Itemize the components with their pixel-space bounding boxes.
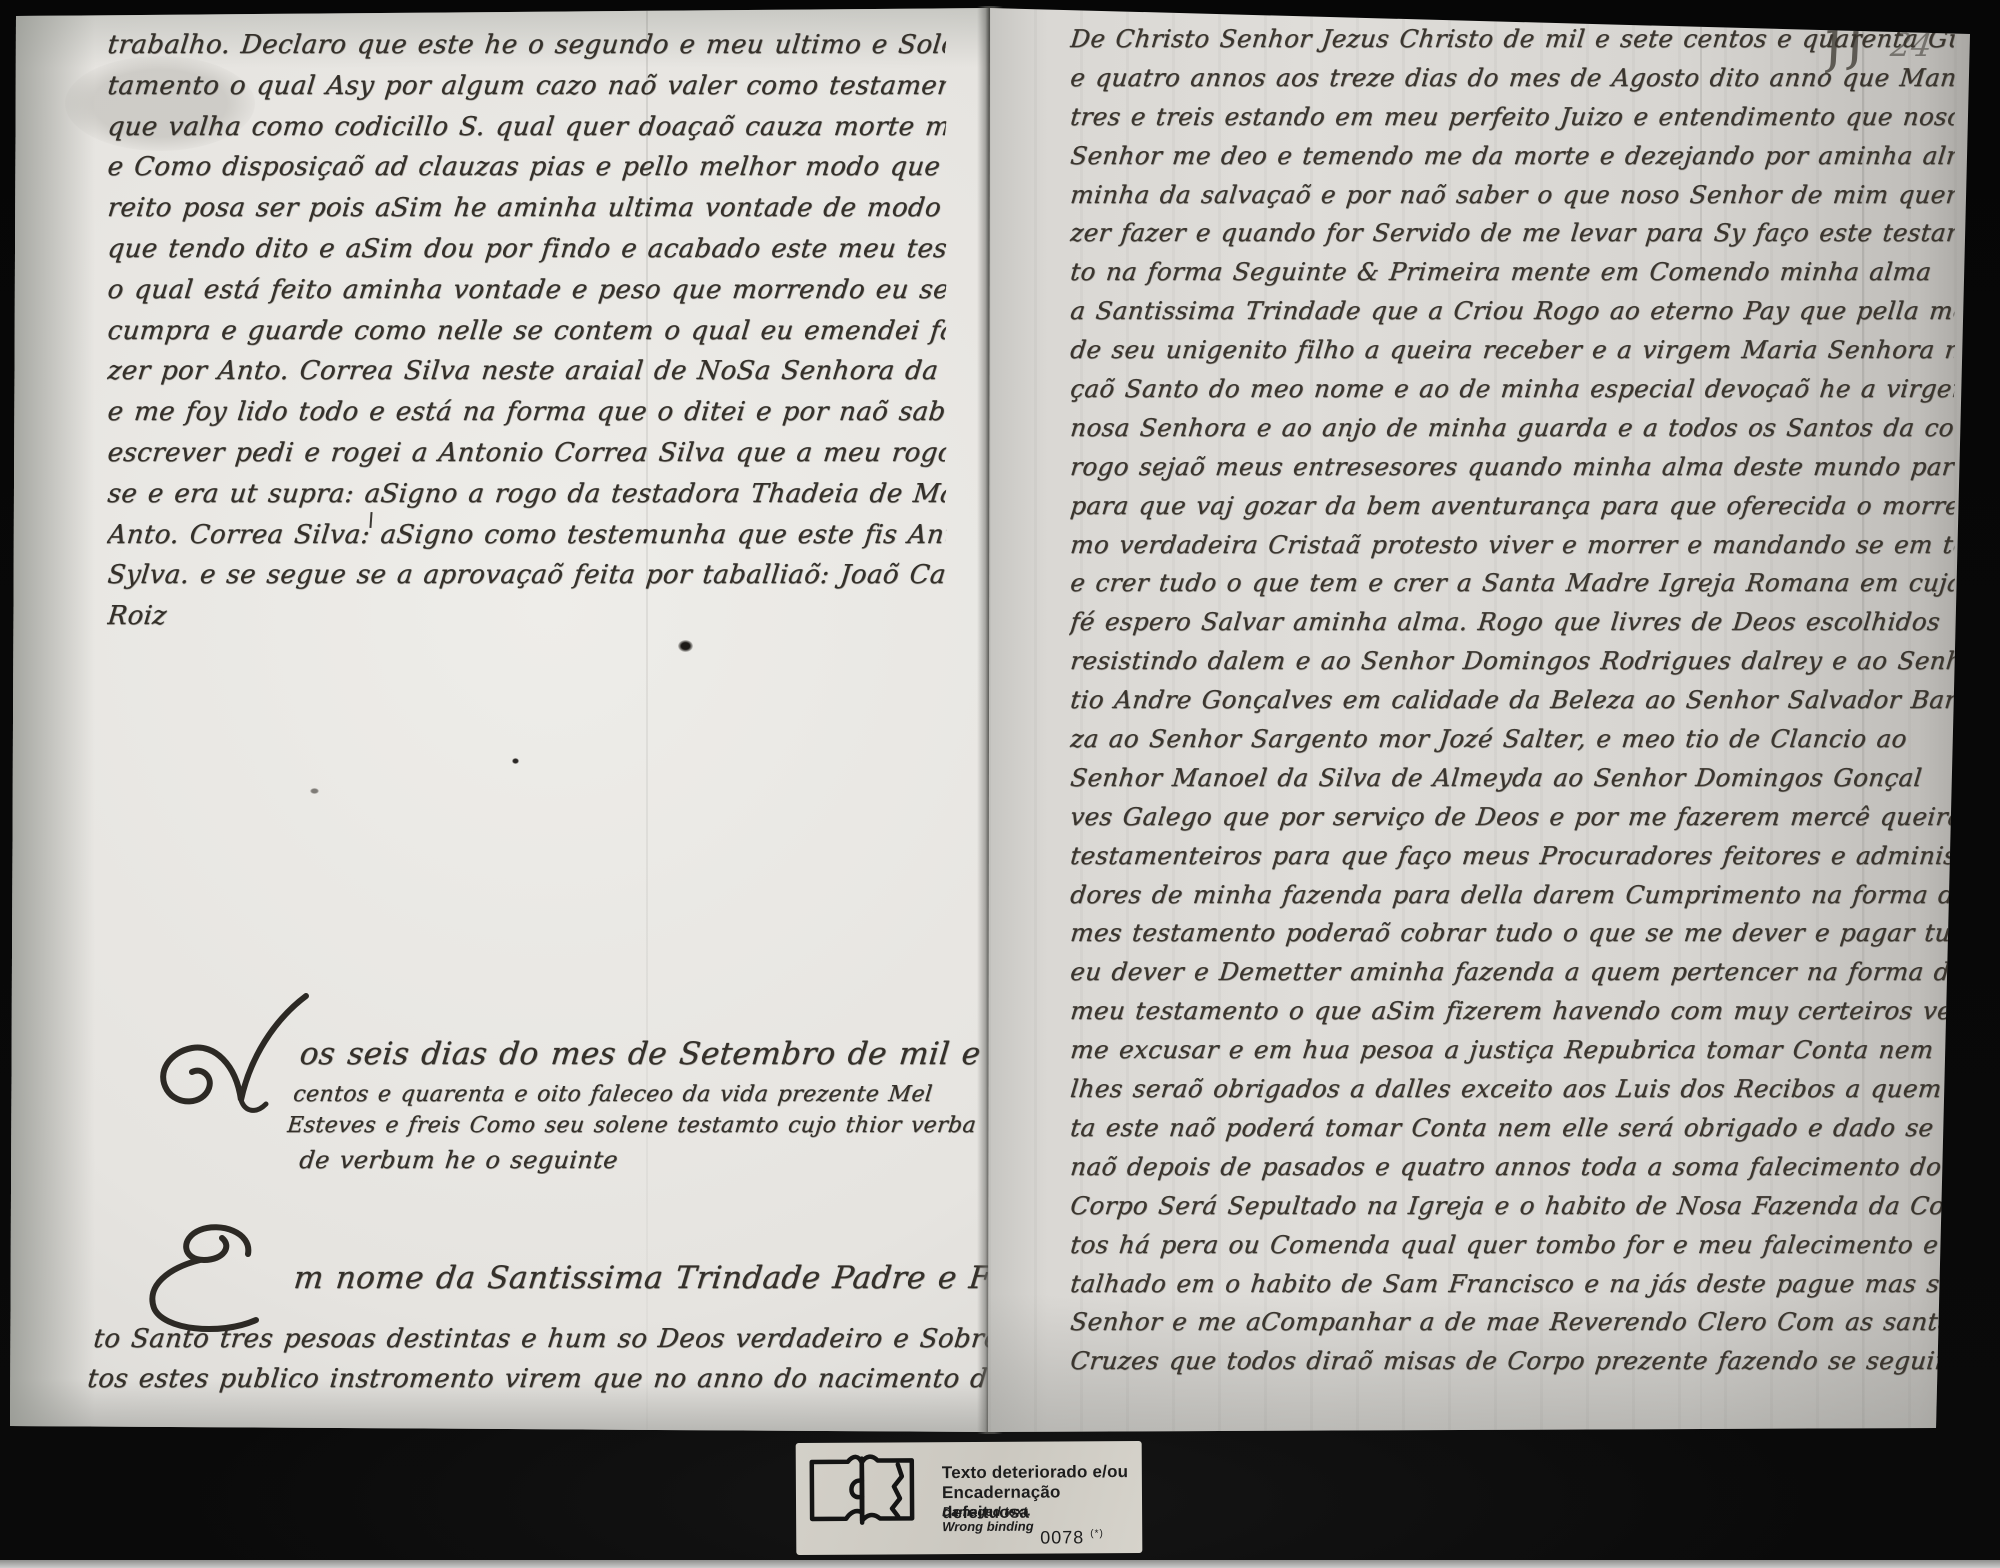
manuscript-line: mes testamento poderaõ cobrar tudo o que… — [1068, 918, 1956, 957]
manuscript-line: Cruzes que todos diraõ misas de Corpo pr… — [1068, 1346, 1956, 1385]
manuscript-line: para que vaj gozar da bem aventurança pa… — [1068, 491, 1956, 530]
manuscript-line: lhes seraõ obrigados a dalles exceito ao… — [1068, 1074, 1956, 1113]
manuscript-line: de seu unigenito filho a queira receber … — [1068, 335, 1956, 374]
scanned-manuscript-frame: trabalho. Declaro que este he o segundo … — [0, 0, 2000, 1568]
manuscript-line: minha da salvaçaõ e por naõ saber o que … — [1068, 180, 1956, 219]
manuscript-line: ta este naõ poderá tomar Conta nem elle … — [1068, 1113, 1956, 1152]
manuscript-line: tio Andre Gonçalves em calidade da Belez… — [1068, 685, 1956, 724]
manuscript-line: Sylva. e se segue se a aprovaçaõ feita p… — [105, 560, 947, 601]
manuscript-line: talhado em o habito de Sam Francisco e n… — [1068, 1269, 1956, 1308]
manuscript-line: e quatro annos aos treze dias do mes de … — [1068, 63, 1956, 102]
testament-body-block: De Christo Senhor Jezus Christo de mil e… — [1068, 24, 1952, 1385]
manuscript-line: tamento o qual Asy por algum cazo naõ va… — [105, 71, 947, 112]
invocation-line: m nome da Santissima Trindade Padre e Fi… — [292, 1260, 990, 1296]
manuscript-line: a Santissima Trindade que a Criou Rogo a… — [1068, 296, 1956, 335]
label-number-note: (*) — [1090, 1528, 1104, 1539]
entry-line: centos e quarenta e oito faleceo da vida… — [292, 1082, 934, 1107]
manuscript-line: ves Galego que por serviço de Deos e por… — [1068, 802, 1956, 841]
manuscript-line: e Como disposiçaõ ad clauzas pias e pell… — [105, 152, 947, 193]
manuscript-line: Corpo Será Sepultado na Igreja e o habit… — [1068, 1191, 1956, 1230]
entry-line: os seis dias do mes de Setembro de mil e… — [298, 1036, 990, 1072]
damage-label-line: Texto deteriorado e/ou — [942, 1462, 1142, 1483]
manuscript-line: se e era ut supra: aSigno a rogo da test… — [105, 479, 947, 520]
scanner-edge-strip — [0, 1560, 2000, 1568]
manuscript-line: reito posa ser pois aSim he aminha ultim… — [105, 193, 947, 234]
manuscript-line: çaõ Santo do meo nome e ao de minha espe… — [1068, 374, 1956, 413]
manuscript-line: que tendo dito e aSim dou por findo e ac… — [105, 234, 947, 275]
manuscript-line: zer por Anto. Correa Silva neste araial … — [105, 356, 947, 397]
manuscript-line: tres e treis estando em meu perfeito Jui… — [1068, 102, 1956, 141]
manuscript-line: meu testamento o que aSim fizerem havend… — [1068, 996, 1956, 1035]
entry-line: de verbum he o seguinte — [298, 1146, 619, 1174]
manuscript-line: escrever pedi e rogei a Antonio Correa S… — [105, 438, 947, 479]
archive-damage-label: Texto deteriorado e/ou Encadernação defe… — [796, 1441, 1143, 1555]
manuscript-line: que valha como codicillo S. qual quer do… — [105, 112, 947, 153]
damage-label-code: 0078 (*) — [1040, 1527, 1104, 1548]
manuscript-line: Senhor e me aCompanhar a de mae Reverend… — [1068, 1307, 1956, 1346]
damage-label-line: Damaged text. — [942, 1504, 1034, 1520]
damage-label-line: Wrong binding — [942, 1519, 1034, 1535]
manuscript-line: e crer tudo o que tem e crer a Santa Mad… — [1068, 568, 1956, 607]
manuscript-line: rogo sejaõ meus entresesores quando minh… — [1068, 452, 1956, 491]
manuscript-page-left: trabalho. Declaro que este he o segundo … — [10, 8, 990, 1434]
manuscript-line: dores de minha fazenda para della darem … — [1068, 880, 1956, 919]
manuscript-line: resistindo dalem e ao Senhor Domingos Ro… — [1068, 646, 1956, 685]
manuscript-line: e me foy lido todo e está na forma que o… — [105, 397, 947, 438]
manuscript-line: zer fazer e quando for Servido de me lev… — [1068, 218, 1956, 257]
manuscript-line: to na forma Seguinte & Primeira mente em… — [1068, 257, 1956, 296]
manuscript-line: za ao Senhor Sargento mor Jozé Salter, e… — [1068, 724, 1956, 763]
manuscript-line: testamenteiros para que faço meus Procur… — [1068, 841, 1956, 880]
damage-label-text-en: Damaged text. Wrong binding — [942, 1504, 1034, 1535]
manuscript-line: fé espero Salvar aminha alma. Rogo que l… — [1068, 607, 1956, 646]
invocation-line: to Santo tres pesoas destintas e hum so … — [92, 1324, 990, 1354]
manuscript-line: mo verdadeira Cristaã protesto viver e m… — [1068, 530, 1956, 569]
damaged-book-icon — [806, 1450, 918, 1529]
invocation-line: tos estes publico instromento virem que … — [86, 1364, 990, 1394]
manuscript-line: me excusar e em hua pesoa a justiça Repu… — [1068, 1035, 1956, 1074]
manuscript-line: trabalho. Declaro que este he o segundo … — [105, 30, 947, 71]
manuscript-line: Senhor Manoel da Silva de Almeyda ao Sen… — [1068, 763, 1956, 802]
manuscript-line: eu dever e Demetter aminha fazenda a que… — [1068, 957, 1956, 996]
manuscript-line: o qual está feito aminha vontade e peso … — [105, 275, 947, 316]
manuscript-line: naõ depois de pasados e quatro annos tod… — [1068, 1152, 1956, 1191]
manuscript-line: Anto. Correa Silva: aSigno como testemun… — [105, 520, 947, 561]
manuscript-line: tos há pera ou Comenda qual quer tombo f… — [1068, 1230, 1956, 1269]
label-number: 0078 — [1040, 1527, 1084, 1547]
ink-stain — [512, 758, 519, 764]
ink-stain — [310, 788, 319, 794]
testament-closing-block: trabalho. Declaro que este he o segundo … — [105, 30, 943, 642]
manuscript-line: De Christo Senhor Jezus Christo de mil e… — [1068, 24, 1956, 63]
manuscript-line: Senhor me deo e temendo me da morte e de… — [1068, 141, 1956, 180]
manuscript-line: cumpra e guarde como nelle se contem o q… — [105, 316, 947, 357]
manuscript-line: Roiz — [105, 601, 947, 642]
entry-line: Esteves e freis Como seu solene testamto… — [286, 1113, 977, 1138]
manuscript-page-right: ſſ 24 De Christo Senhor Jezus Christo de… — [988, 6, 1978, 1434]
manuscript-line: nosa Senhora e ao anjo de minha guarda e… — [1068, 413, 1956, 452]
